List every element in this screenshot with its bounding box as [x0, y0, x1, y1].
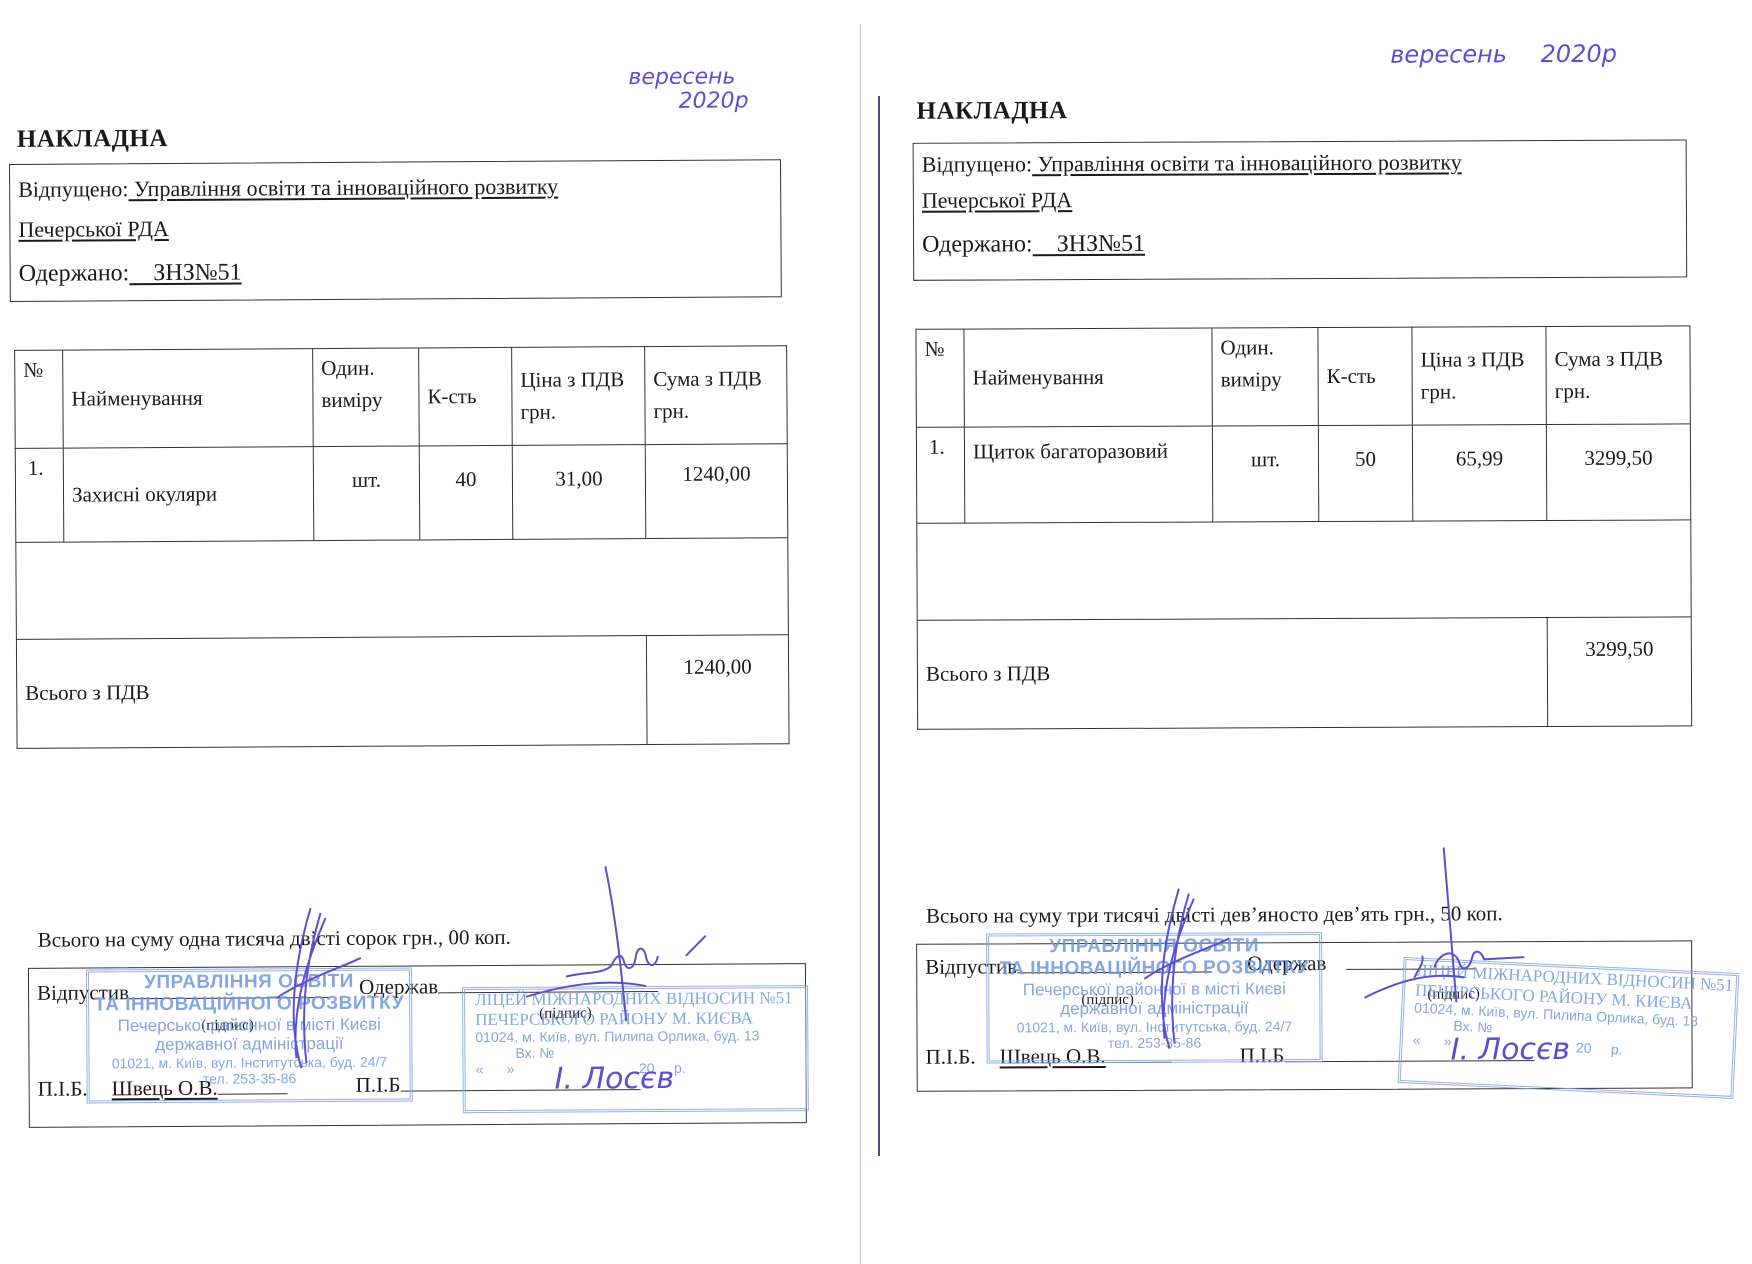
table-row: 1. Щиток багаторазовий шт. 50 65,99 3299… [916, 424, 1690, 523]
stamp-line: Вх. № [515, 1043, 805, 1061]
cell-price: 65,99 [1412, 425, 1546, 522]
received-by: ЗНЗ№51 [1033, 231, 1145, 257]
handwritten-year: 2020р [679, 90, 749, 115]
stamp-line: державної адміністрації [89, 1034, 409, 1056]
invoice-right: вересень 2020р НАКЛАДНА Відпущено: Управ… [870, 0, 1752, 1264]
empty-cell [917, 520, 1691, 620]
col-header-no: № [916, 329, 964, 427]
stamp-line: ТА ІННОВАЦІЙНОГО РОЗВИТКУ [89, 992, 409, 1016]
cell-qty: 40 [419, 445, 513, 540]
total-value: 1240,00 [646, 635, 789, 745]
total-label: Всього з ПДВ [917, 618, 1547, 730]
cell-unit: шт. [313, 446, 420, 541]
table-row: 1. Захисні окуляри шт. 40 31,00 1240,00 [15, 444, 788, 543]
document-title: НАКЛАДНА [17, 125, 168, 154]
stamp-line: тел. 253-35-86 [990, 1034, 1320, 1052]
amount-in-words: Всього на суму три тисячі двісті дев’яно… [926, 901, 1503, 929]
cell-name: Щиток багаторазовий [964, 426, 1212, 523]
parties-box: Відпущено: Управління освіти та інноваці… [9, 159, 782, 302]
cell-qty: 50 [1318, 425, 1412, 521]
handwritten-month: вересень [628, 65, 748, 90]
name-label-left: П.І.Б. [926, 1045, 976, 1069]
cell-no: 1. [15, 448, 64, 542]
received-label: Одержано: [19, 260, 130, 287]
parties-box: Відпущено: Управління освіти та інноваці… [913, 139, 1688, 280]
cell-sum: 3299,50 [1546, 424, 1690, 521]
released-to: Управління освіти та інноваційного розви… [128, 174, 558, 202]
total-label: Всього з ПДВ [16, 636, 647, 749]
total-row: Всього з ПДВ 3299,50 [917, 617, 1691, 729]
stamp-line: УПРАВЛІННЯ ОСВІТИ [89, 971, 409, 995]
name-label-left: П.І.Б. [38, 1076, 88, 1100]
handwritten-date: вересень 2020р [1390, 41, 1617, 68]
col-header-no: № [15, 350, 64, 448]
released-to-line2: Печерської РДА [922, 187, 1073, 214]
stamp-line: державної адміністрації [989, 998, 1319, 1019]
receiver-handwritten-name: І. Лосєв [555, 1062, 675, 1096]
amount-in-words: Всього на суму одна тисяча двісті сорок … [38, 925, 511, 953]
released-label: Відпущено: [922, 151, 1032, 176]
empty-row [917, 520, 1691, 620]
total-row: Всього з ПДВ 1240,00 [16, 635, 789, 749]
empty-cell [16, 538, 789, 640]
released-to-line2: Печерської РДА [18, 216, 169, 243]
released-to: Управління освіти та інноваційного розви… [1032, 149, 1462, 176]
received-by: ЗНЗ№51 [129, 260, 241, 287]
released-label: Відпущено: [18, 176, 128, 202]
items-table: № Найменування Один. виміру К-сть Ціна з… [915, 325, 1692, 729]
sender-stamp: УПРАВЛІННЯ ОСВІТИ ТА ІННОВАЦІЙНОГО РОЗВИ… [86, 968, 413, 1104]
receiver-stamp: ЛІЦЕЙ МІЖНАРОДНИХ ВІДНОСИН №51 ПЕЧЕРСЬКО… [1398, 957, 1740, 1099]
cell-no: 1. [916, 427, 964, 523]
col-header-sum: Сума з ПДВ грн. [645, 346, 788, 445]
cell-name: Захисні окуляри [63, 447, 314, 543]
col-header-unit: Один. виміру [313, 348, 420, 447]
cell-sum: 1240,00 [645, 444, 788, 539]
stamp-line: ПЕЧЕРСЬКОГО РАЙОНУ М. КИЄВА [475, 1008, 805, 1030]
col-header-name: Найменування [964, 328, 1212, 427]
col-header-name: Найменування [63, 349, 314, 449]
col-header-sum: Сума з ПДВ грн. [1546, 326, 1690, 425]
col-header-unit: Один. виміру [1212, 328, 1318, 426]
stamp-line: тел. 253-35-86 [90, 1069, 410, 1087]
stamp-line: ТА ІННОВАЦІЙНОГО РОЗВИТКУ [989, 957, 1319, 980]
empty-row [16, 538, 789, 640]
col-header-price: Ціна з ПДВ грн. [512, 347, 646, 446]
received-label: Одержано: [922, 231, 1033, 257]
col-header-price: Ціна з ПДВ грн. [1412, 327, 1546, 426]
sender-stamp: УПРАВЛІННЯ ОСВІТИ ТА ІННОВАЦІЙНОГО РОЗВИ… [986, 932, 1323, 1063]
receiver-handwritten-name: І. Лосєв [1451, 1033, 1571, 1067]
items-table: № Найменування Один. виміру К-сть Ціна з… [14, 345, 789, 749]
stamp-line: 01024, м. Київ, вул. Пилипа Орлика, буд.… [475, 1027, 805, 1045]
table-header-row: № Найменування Один. виміру К-сть Ціна з… [15, 346, 788, 449]
stamp-line: ЛІЦЕЙ МІЖНАРОДНИХ ВІДНОСИН №51 [475, 988, 805, 1010]
total-value: 3299,50 [1547, 617, 1691, 727]
cell-price: 31,00 [512, 445, 646, 540]
stamp-line: Печерської районної в місті Києві [89, 1014, 409, 1036]
handwritten-month: вересень [1390, 40, 1507, 69]
document-title: НАКЛАДНА [916, 97, 1067, 126]
stamp-line: 01021, м. Київ, вул. Інститутська, буд. … [989, 1018, 1319, 1036]
stamp-line: Печерської районної в місті Києві [989, 979, 1319, 1000]
cell-unit: шт. [1212, 426, 1318, 522]
col-header-qty: К-сть [1318, 327, 1412, 425]
stamp-line: 01021, м. Київ, вул. Інститутська, буд. … [89, 1053, 409, 1071]
handwritten-year: 2020р [1541, 40, 1617, 68]
col-header-qty: К-сть [419, 347, 513, 446]
invoice-left: вересень 2020р НАКЛАДНА Відпущено: Управ… [0, 0, 868, 1264]
stamp-line: УПРАВЛІННЯ ОСВІТИ [989, 935, 1319, 958]
table-header-row: № Найменування Один. виміру К-сть Ціна з… [916, 326, 1690, 427]
handwritten-date: вересень 2020р [628, 65, 748, 114]
